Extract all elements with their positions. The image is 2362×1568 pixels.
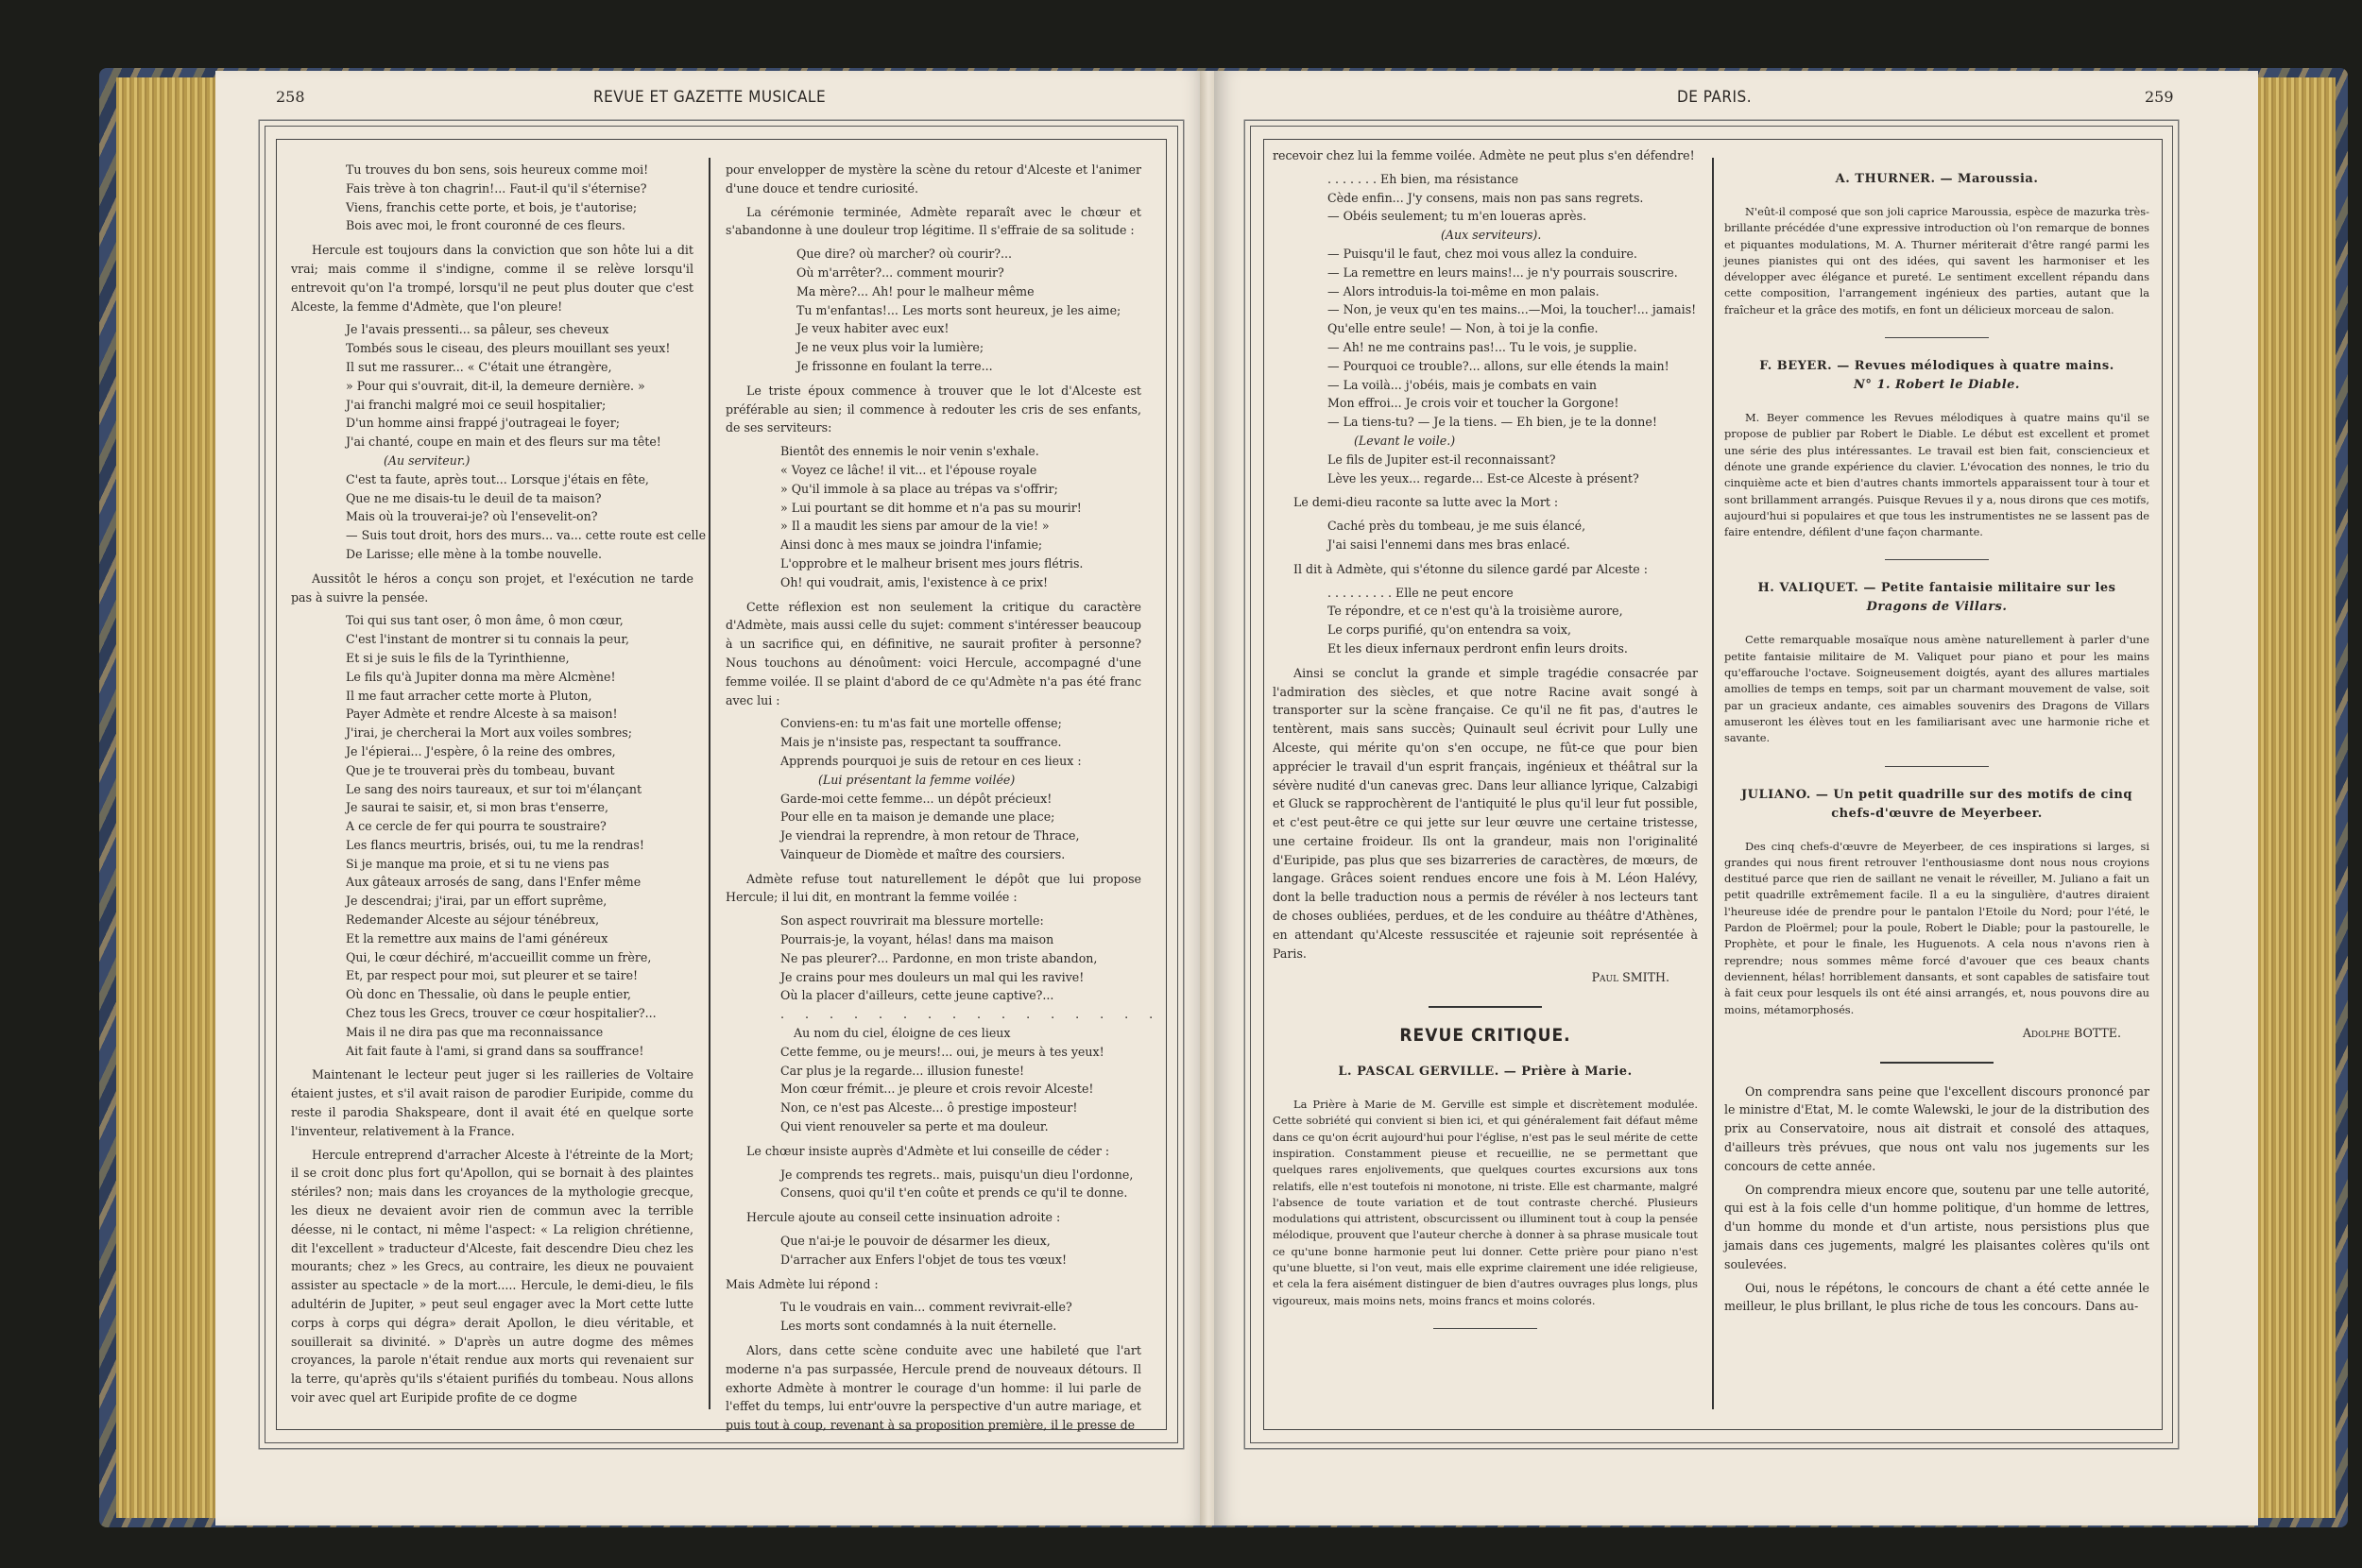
page-number: 258 bbox=[276, 88, 305, 106]
verse: . . . . . . . . . Elle ne peut encore Te… bbox=[1273, 584, 1698, 658]
page-edges-left bbox=[116, 77, 218, 1518]
page-number: 259 bbox=[2145, 88, 2174, 106]
paragraph: recevoir chez lui la femme voilée. Admèt… bbox=[1273, 146, 1698, 165]
paragraph: Alors, dans cette scène conduite avec un… bbox=[726, 1341, 1141, 1435]
review-heading: H. VALIQUET. — Petite fantaisie militair… bbox=[1724, 579, 2149, 617]
signature: Adolphe BOTTE. bbox=[1724, 1024, 2149, 1043]
stage-direction: (Levant le voile.) bbox=[1327, 432, 1698, 451]
separator-rule bbox=[1880, 1062, 1994, 1064]
right-page: DE PARIS. 259 recevoir chez lui la femme… bbox=[1214, 71, 2258, 1525]
page-edges-right bbox=[2258, 77, 2336, 1518]
paragraph: Oui, nous le répétons, le concours de ch… bbox=[1724, 1279, 2149, 1317]
review-body: M. Beyer commence les Revues mélodiques … bbox=[1724, 410, 2149, 540]
paragraph: pour envelopper de mystère la scène du r… bbox=[726, 161, 1141, 198]
verse: Je l'avais pressenti... sa pâleur, ses c… bbox=[291, 320, 693, 563]
column-2: A. THURNER. — Maroussia. N'eût-il compos… bbox=[1724, 161, 2149, 1321]
column-2: pour envelopper de mystère la scène du r… bbox=[726, 161, 1141, 1440]
review-heading: L. PASCAL GERVILLE. — Prière à Marie. bbox=[1273, 1063, 1698, 1082]
verse: Je comprends tes regrets.. mais, puisqu'… bbox=[726, 1166, 1141, 1203]
column-1: recevoir chez lui la femme voilée. Admèt… bbox=[1273, 146, 1698, 1348]
verse: Tu trouves du bon sens, sois heureux com… bbox=[291, 161, 693, 235]
review-heading: F. BEYER. — Revues mélodiques à quatre m… bbox=[1724, 357, 2149, 395]
paragraph: Hercule ajoute au conseil cette insinuat… bbox=[726, 1208, 1141, 1227]
separator-rule bbox=[1885, 766, 1989, 767]
verse: Bientôt des ennemis le noir venin s'exha… bbox=[726, 442, 1141, 591]
paragraph: Ainsi se conclut la grande et simple tra… bbox=[1273, 664, 1698, 963]
verse: Caché près du tombeau, je me suis élancé… bbox=[1273, 517, 1698, 554]
paragraph: Mais Admète lui répond : bbox=[726, 1275, 1141, 1294]
column-rule bbox=[1712, 158, 1714, 1409]
column-1: Tu trouves du bon sens, sois heureux com… bbox=[291, 161, 693, 1412]
review-heading: A. THURNER. — Maroussia. bbox=[1724, 170, 2149, 189]
stage-direction: (Aux serviteurs). bbox=[1327, 226, 1698, 245]
verse: Conviens-en: tu m'as fait une mortelle o… bbox=[726, 714, 1141, 863]
signature: Paul SMITH. bbox=[1273, 968, 1698, 987]
section-title: REVUE CRITIQUE. bbox=[1273, 1027, 1698, 1046]
review-body: Cette remarquable mosaïque nous amène na… bbox=[1724, 632, 2149, 746]
running-head: REVUE ET GAZETTE MUSICALE bbox=[593, 88, 826, 107]
left-page: 258 REVUE ET GAZETTE MUSICALE Tu trouves… bbox=[215, 71, 1207, 1525]
stage-direction: (Lui présentant la femme voilée) bbox=[780, 771, 1141, 790]
separator-rule bbox=[1429, 1006, 1542, 1008]
paragraph: Hercule entreprend d'arracher Alceste à … bbox=[291, 1146, 693, 1407]
paragraph: Il dit à Admète, qui s'étonne du silence… bbox=[1273, 560, 1698, 579]
paragraph: On comprendra sans peine que l'excellent… bbox=[1724, 1082, 2149, 1176]
running-head: DE PARIS. bbox=[1677, 88, 1752, 107]
verse: . . . . . . . Eh bien, ma résistance Cèd… bbox=[1273, 170, 1698, 488]
separator-rule bbox=[1433, 1328, 1537, 1329]
review-body: La Prière à Marie de M. Gerville est sim… bbox=[1273, 1097, 1698, 1309]
review-body: Des cinq chefs-d'œuvre de Meyerbeer, de … bbox=[1724, 839, 2149, 1018]
verse: Que dire? où marcher? où courir?... Où m… bbox=[726, 245, 1141, 376]
paragraph: On comprendra mieux encore que, soutenu … bbox=[1724, 1181, 2149, 1274]
paragraph: Cette réflexion est non seulement la cri… bbox=[726, 598, 1141, 710]
paragraph: Aussitôt le héros a conçu son projet, et… bbox=[291, 570, 693, 607]
stage-direction: (Au serviteur.) bbox=[346, 452, 693, 470]
paragraph: Le triste époux commence à trouver que l… bbox=[726, 382, 1141, 437]
review-body: N'eût-il composé que son joli caprice Ma… bbox=[1724, 204, 2149, 318]
separator-rule bbox=[1885, 559, 1989, 560]
paragraph: Maintenant le lecteur peut juger si les … bbox=[291, 1065, 693, 1140]
separator-rule bbox=[1885, 337, 1989, 338]
ellipsis-row: . . . . . . . . . . . . . . . . bbox=[780, 1005, 1141, 1024]
verse: Tu le voudrais en vain... comment revivr… bbox=[726, 1298, 1141, 1336]
paragraph: Le demi-dieu raconte sa lutte avec la Mo… bbox=[1273, 493, 1698, 512]
column-rule bbox=[709, 158, 710, 1409]
verse: Toi qui sus tant oser, ô mon âme, ô mon … bbox=[291, 611, 693, 1060]
paragraph: La cérémonie terminée, Admète reparaît a… bbox=[726, 203, 1141, 241]
verse: Son aspect rouvrirait ma blessure mortel… bbox=[726, 912, 1141, 1136]
paragraph: Hercule est toujours dans la conviction … bbox=[291, 241, 693, 315]
verse: Que n'ai-je le pouvoir de désarmer les d… bbox=[726, 1232, 1141, 1270]
review-heading: JULIANO. — Un petit quadrille sur des mo… bbox=[1724, 786, 2149, 824]
paragraph: Admète refuse tout naturellement le dépô… bbox=[726, 870, 1141, 908]
paragraph: Le chœur insiste auprès d'Admète et lui … bbox=[726, 1142, 1141, 1161]
